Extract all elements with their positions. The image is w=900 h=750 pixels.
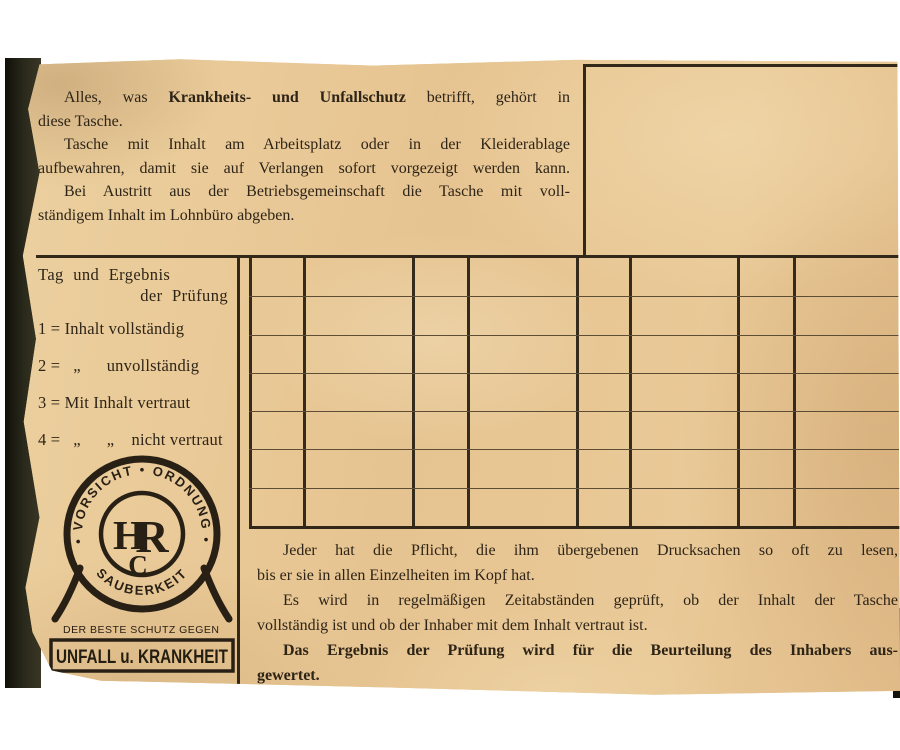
scanned-pocket-document: Alles, was Krankheits- und Unfallschutz …: [0, 0, 900, 750]
text-line: Bei Austritt aus der Betriebsgemeinschaf…: [38, 182, 570, 203]
text-span: betrifft, gehört in: [406, 89, 570, 106]
table-column-line: [793, 258, 796, 526]
legend-title-line1: Tag und Ergebnis: [38, 264, 232, 285]
text-line: 3 = Mit Inhalt vertraut: [38, 393, 232, 413]
result-legend: Tag und Ergebnis der Prüfung 1 = Inhalt …: [38, 264, 232, 467]
text-line: 4 = „ „ nicht vertraut: [38, 430, 232, 450]
table-row-line: [249, 449, 900, 450]
legend-title-line2: der Prüfung: [38, 285, 232, 306]
table-row-line: [249, 411, 900, 412]
bold-text-span: Krankheits- und Unfallschutz: [168, 89, 405, 106]
table-column-line: [576, 258, 579, 526]
document-paper: Alles, was Krankheits- und Unfallschutz …: [22, 58, 900, 696]
text-line: Das Ergebnis der Prüfung wird für die Be…: [257, 640, 898, 662]
emblem-monogram-c: C: [128, 550, 148, 580]
text-line: Tasche mit Inhalt am Arbeitsplatz oder i…: [38, 135, 570, 156]
table-row-line: [249, 373, 900, 374]
text-line: 1 = Inhalt vollständig: [38, 319, 232, 339]
text-line: Es wird in regelmäßigen Zeitabständen ge…: [257, 590, 898, 612]
table-column-line: [303, 258, 306, 526]
table-column-line: [249, 258, 252, 526]
legend-title: Tag und Ergebnis der Prüfung: [38, 264, 232, 306]
table-column-line: [467, 258, 470, 526]
table-column-line: [412, 258, 415, 526]
text-line: Jeder hat die Pflicht, die ihm übergeben…: [257, 540, 898, 562]
table-column-line: [737, 258, 740, 526]
emblem-box-label: UNFALL u. KRANKHEIT: [56, 647, 228, 668]
text-line: Alles, was Krankheits- und Unfallschutz …: [38, 88, 570, 109]
intro-paragraphs: Alles, was Krankheits- und Unfallschutz …: [38, 88, 570, 229]
legend-items: 1 = Inhalt vollständig2 = „ unvollständi…: [38, 319, 232, 450]
text-line: vollständig ist und ob der Inhaber mit d…: [257, 615, 898, 637]
text-line: gewertet.: [257, 665, 898, 687]
emblem-slogan: DER BESTE SCHUTZ GEGEN: [63, 624, 221, 636]
inspection-table: [249, 255, 900, 529]
table-row-line: [249, 335, 900, 336]
table-row-line: [249, 296, 900, 297]
name-entry-box: [583, 64, 900, 258]
text-line: 2 = „ unvollständig: [38, 356, 232, 376]
text-line: diese Tasche.: [38, 112, 570, 133]
text-line: aufbewahren, damit sie auf Verlangen sof…: [38, 159, 570, 180]
text-line: bis er sie in allen Einzelheiten im Kopf…: [257, 565, 898, 587]
text-span: Alles, was: [64, 89, 168, 106]
emblem-bell-skirt-left: [55, 568, 80, 619]
emblem-bell-skirt-right: [204, 568, 229, 619]
safety-emblem: • VORSICHT • ORDNUNG • SAUBERKEIT H R C …: [46, 448, 238, 678]
text-line: ständigem Inhalt im Lohnbüro abgeben.: [38, 206, 570, 227]
table-row-line: [249, 488, 900, 489]
duty-paragraphs: Jeder hat die Pflicht, die ihm übergeben…: [257, 540, 898, 690]
table-column-line: [629, 258, 632, 526]
